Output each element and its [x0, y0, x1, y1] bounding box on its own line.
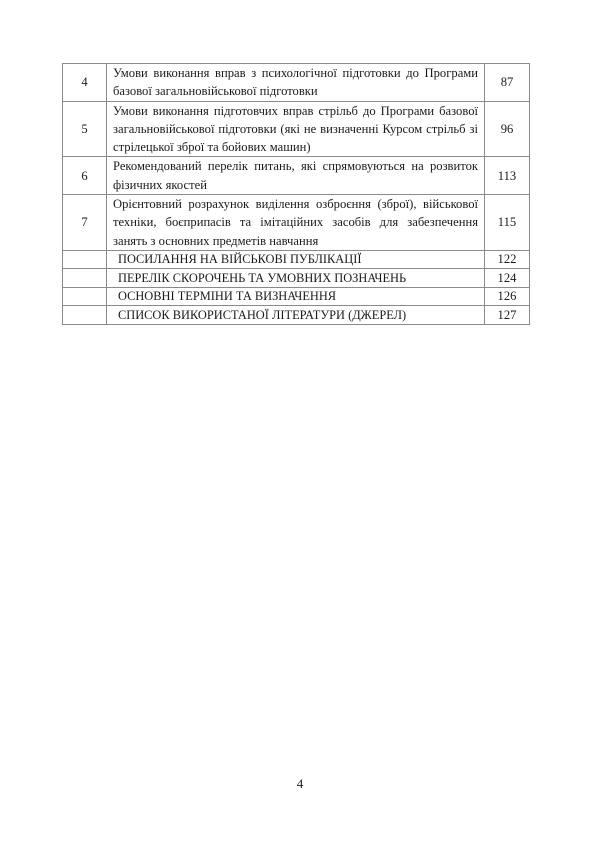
toc-page-number: 122 [485, 250, 530, 269]
toc-page-number: 87 [485, 64, 530, 102]
toc-entry-title: Умови виконання підготовчих вправ стріль… [107, 101, 485, 157]
toc-row: 5 Умови виконання підготовчих вправ стрі… [63, 101, 530, 157]
toc-page-number: 126 [485, 287, 530, 306]
toc-section-row: СПИСОК ВИКОРИСТАНОЇ ЛІТЕРАТУРИ (ДЖЕРЕЛ) … [63, 306, 530, 325]
toc-section-title: ОСНОВНІ ТЕРМІНИ ТА ВИЗНАЧЕННЯ [107, 287, 485, 306]
toc-row: 4 Умови виконання вправ з психологічної … [63, 64, 530, 102]
appendix-number: 6 [63, 157, 107, 195]
toc-page-number: 113 [485, 157, 530, 195]
toc-page-number: 124 [485, 269, 530, 288]
empty-number-cell [63, 287, 107, 306]
table-of-contents: 4 Умови виконання вправ з психологічної … [62, 63, 530, 325]
appendix-number: 4 [63, 64, 107, 102]
page-number: 4 [0, 776, 600, 792]
toc-entry-title: Рекомендований перелік питань, які спрям… [107, 157, 485, 195]
toc-row: 6 Рекомендований перелік питань, які спр… [63, 157, 530, 195]
document-page: 4 Умови виконання вправ з психологічної … [0, 0, 600, 848]
toc-entry-title: Умови виконання вправ з психологічної пі… [107, 64, 485, 102]
empty-number-cell [63, 306, 107, 325]
toc-section-row: ПОСИЛАННЯ НА ВІЙСЬКОВІ ПУБЛІКАЦІЇ 122 [63, 250, 530, 269]
toc-entry-title: Орієнтовний розрахунок виділення озброєн… [107, 195, 485, 251]
appendix-number: 7 [63, 195, 107, 251]
empty-number-cell [63, 269, 107, 288]
toc-section-title: ПЕРЕЛІК СКОРОЧЕНЬ ТА УМОВНИХ ПОЗНАЧЕНЬ [107, 269, 485, 288]
appendix-number: 5 [63, 101, 107, 157]
toc-section-row: ОСНОВНІ ТЕРМІНИ ТА ВИЗНАЧЕННЯ 126 [63, 287, 530, 306]
toc-section-title: ПОСИЛАННЯ НА ВІЙСЬКОВІ ПУБЛІКАЦІЇ [107, 250, 485, 269]
toc-section-row: ПЕРЕЛІК СКОРОЧЕНЬ ТА УМОВНИХ ПОЗНАЧЕНЬ 1… [63, 269, 530, 288]
toc-page-number: 115 [485, 195, 530, 251]
toc-section-title: СПИСОК ВИКОРИСТАНОЇ ЛІТЕРАТУРИ (ДЖЕРЕЛ) [107, 306, 485, 325]
toc-page-number: 127 [485, 306, 530, 325]
empty-number-cell [63, 250, 107, 269]
toc-row: 7 Орієнтовний розрахунок виділення озбро… [63, 195, 530, 251]
toc-page-number: 96 [485, 101, 530, 157]
